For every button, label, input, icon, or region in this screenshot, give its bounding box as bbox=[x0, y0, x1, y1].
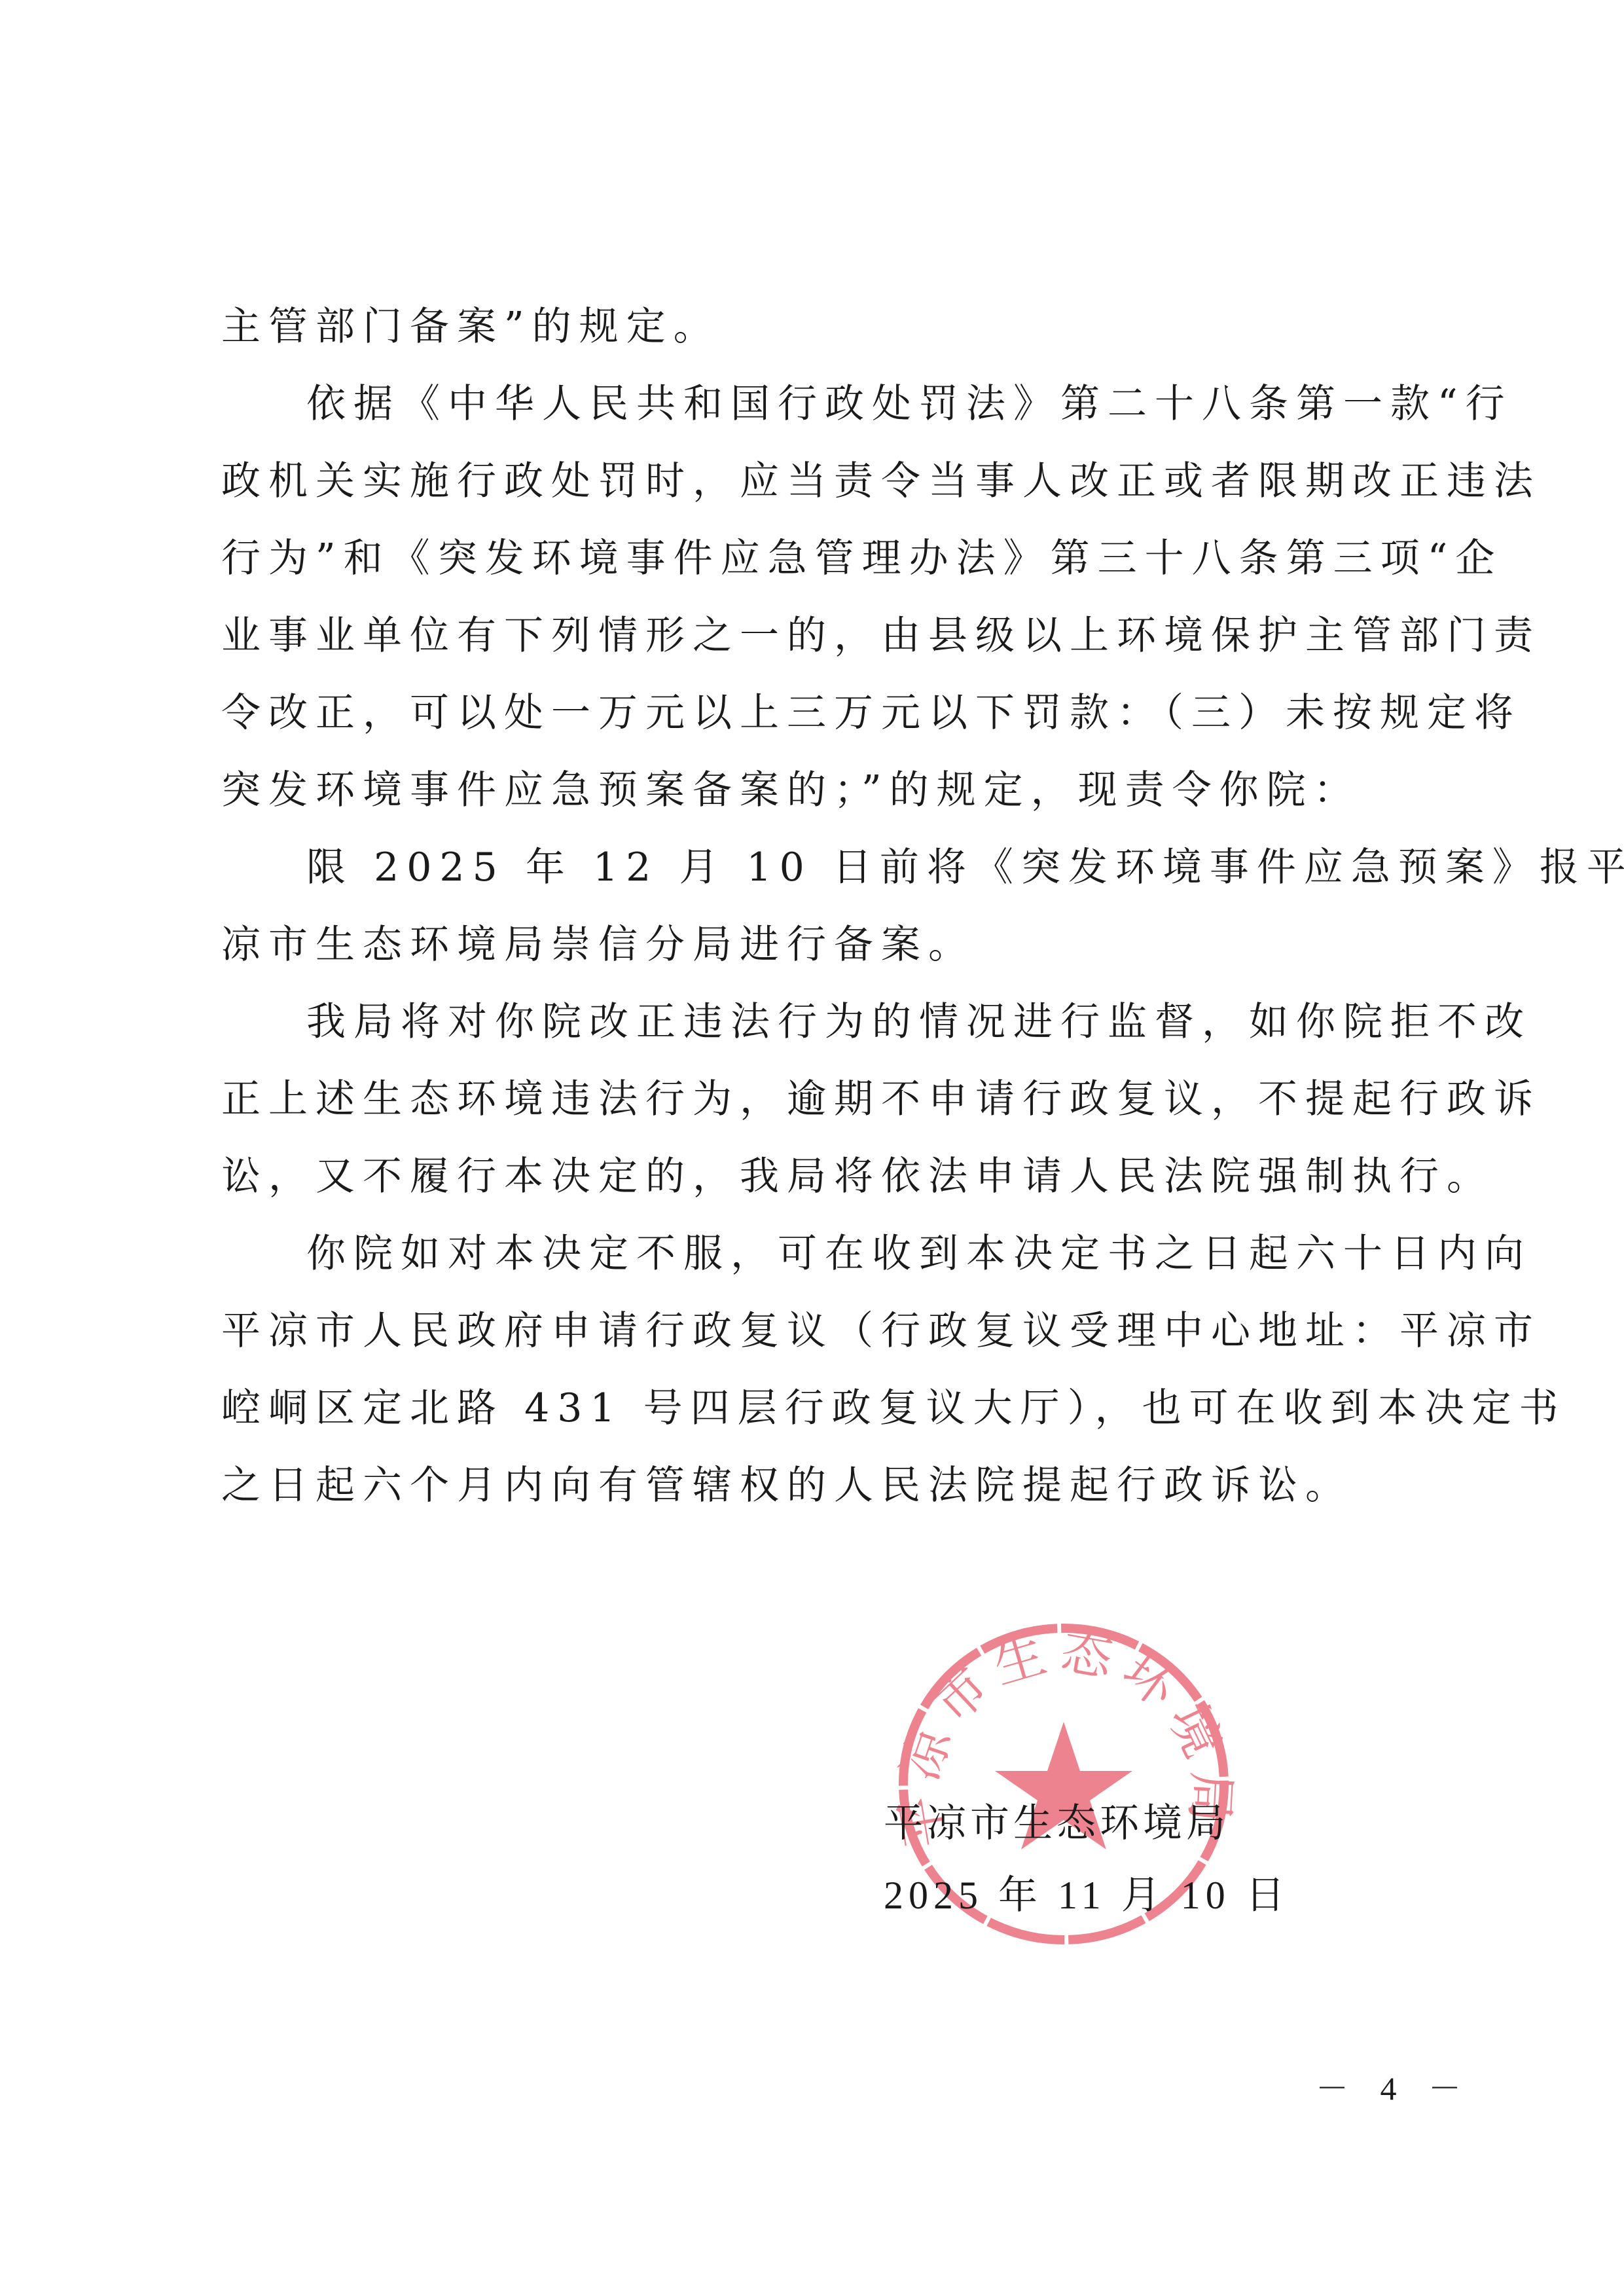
paragraph-continuation: 主管部门备案”的规定。 bbox=[221, 288, 1419, 365]
text-line: 业事业单位有下列情形之一的，由县级以上环境保护主管部门责 bbox=[221, 597, 1419, 674]
text-line: 崆峒区定北路 431 号四层行政复议大厅），也可在收到本决定书 bbox=[221, 1370, 1419, 1447]
paragraph-legal-basis: 依据《中华人民共和国行政处罚法》第二十八条第一款“行 政机关实施行政处罚时，应当… bbox=[221, 365, 1419, 829]
text-line: 凉市生态环境局崇信分局进行备案。 bbox=[221, 906, 1419, 983]
text-line: 你院如对本决定不服，可在收到本决定书之日起六十日内向 bbox=[221, 1215, 1419, 1292]
signature-block: 平凉市生态环境局 2025 年 11 月 10 日 bbox=[884, 1787, 1290, 1931]
issue-date: 2025 年 11 月 10 日 bbox=[884, 1859, 1290, 1931]
text-line: 令改正，可以处一万元以上三万元以下罚款：（三）未按规定将 bbox=[221, 674, 1419, 752]
text-line: 限 2025 年 12 月 10 日前将《突发环境事件应急预案》报平 bbox=[221, 829, 1419, 906]
text-line: 依据《中华人民共和国行政处罚法》第二十八条第一款“行 bbox=[221, 365, 1419, 443]
document-page: 主管部门备案”的规定。 依据《中华人民共和国行政处罚法》第二十八条第一款“行 政… bbox=[0, 0, 1624, 2296]
text-line: 讼，又不履行本决定的，我局将依法申请人民法院强制执行。 bbox=[221, 1138, 1419, 1215]
issuing-organization: 平凉市生态环境局 bbox=[884, 1787, 1290, 1859]
paragraph-supervision: 我局将对你院改正违法行为的情况进行监督，如你院拒不改 正上述生态环境违法行为，逾… bbox=[221, 983, 1419, 1215]
text-line: 平凉市人民政府申请行政复议（行政复议受理中心地址：平凉市 bbox=[221, 1292, 1419, 1370]
page-number: － 4 － bbox=[1316, 2062, 1473, 2109]
text-line: 之日起六个月内向有管辖权的人民法院提起行政诉讼。 bbox=[221, 1447, 1419, 1524]
paragraph-appeal-rights: 你院如对本决定不服，可在收到本决定书之日起六十日内向 平凉市人民政府申请行政复议… bbox=[221, 1215, 1419, 1524]
text-line: 突发环境事件应急预案备案的；”的规定，现责令你院： bbox=[221, 752, 1419, 829]
text-line: 主管部门备案”的规定。 bbox=[221, 288, 1419, 365]
text-line: 正上述生态环境违法行为，逾期不申请行政复议，不提起行政诉 bbox=[221, 1061, 1419, 1138]
paragraph-deadline: 限 2025 年 12 月 10 日前将《突发环境事件应急预案》报平 凉市生态环… bbox=[221, 829, 1419, 983]
document-body: 主管部门备案”的规定。 依据《中华人民共和国行政处罚法》第二十八条第一款“行 政… bbox=[221, 288, 1419, 1524]
text-line: 政机关实施行政处罚时，应当责令当事人改正或者限期改正违法 bbox=[221, 443, 1419, 520]
text-line: 我局将对你院改正违法行为的情况进行监督，如你院拒不改 bbox=[221, 983, 1419, 1061]
text-line: 行为”和《突发环境事件应急管理办法》第三十八条第三项“企 bbox=[221, 520, 1419, 597]
